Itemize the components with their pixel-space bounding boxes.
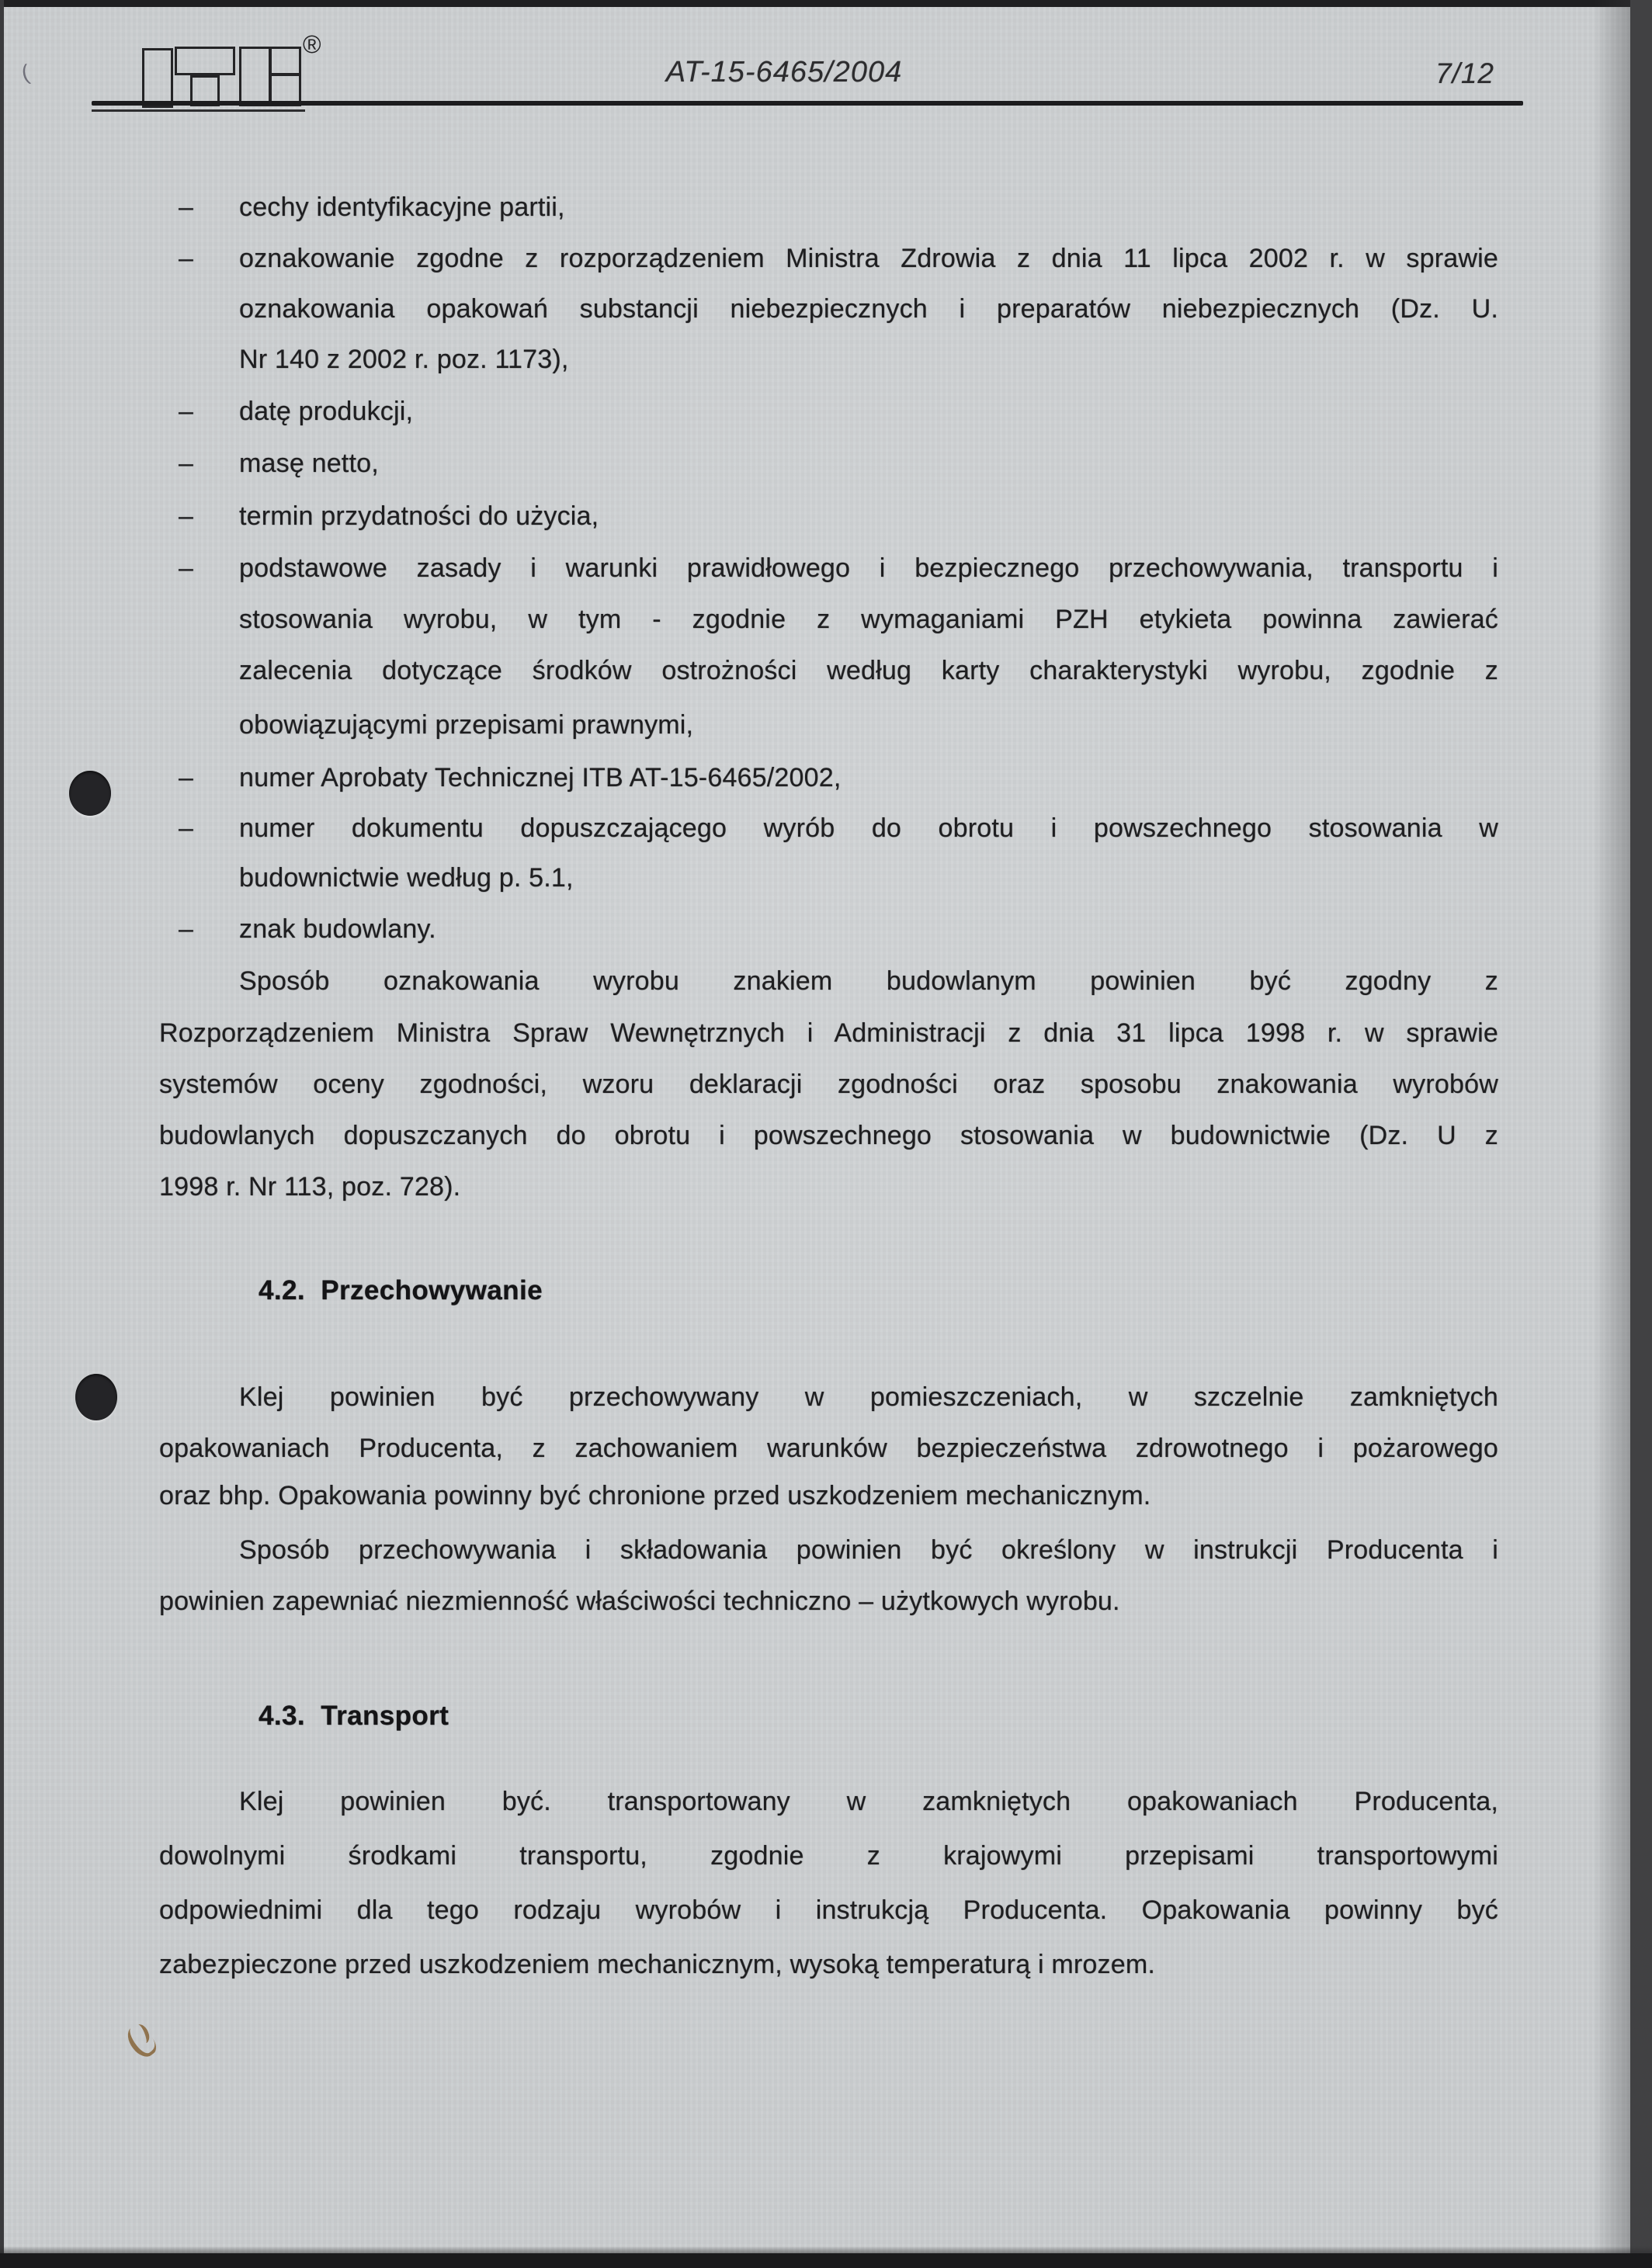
text-line: budownictwie według p. 5.1, (239, 860, 574, 896)
itb-logo: ® (140, 35, 342, 109)
text-line: Rozporządzeniem Ministra Spraw Wewnętrzn… (159, 1015, 1498, 1051)
text-line: oznakowania opakowań substancji niebezpi… (239, 291, 1498, 327)
text-line: Klej powinien być. transportowany w zamk… (239, 1784, 1498, 1819)
text-line: Sposób przechowywania i składowania powi… (239, 1532, 1498, 1568)
text-line: Nr 140 z 2002 r. poz. 1173), (239, 342, 569, 377)
text-line: podstawowe zasady i warunki prawidłowego… (239, 550, 1498, 586)
text-line: dowolnymi środkami transportu, zgodnie z… (159, 1838, 1498, 1874)
scan-edge-right (1630, 0, 1652, 2268)
text-line: masę netto, (239, 446, 379, 481)
text-line: 1998 r. Nr 113, poz. 728). (159, 1169, 460, 1205)
text-line: datę produkcji, (239, 394, 413, 429)
scan-edge-top (0, 0, 1652, 7)
list-dash: – (179, 446, 225, 481)
scan-edge-shadow (1593, 0, 1630, 2268)
logo-block-t-bar (175, 47, 235, 75)
text-line: zalecenia dotyczące środków ostrożności … (239, 653, 1498, 688)
logo-block-i (142, 48, 173, 108)
scan-edge-left (0, 0, 4, 2268)
text-line: odpowiednimi dla tego rodzaju wyrobów i … (159, 1892, 1498, 1928)
logo-block-b-left (239, 47, 271, 106)
text-line: termin przydatności do użycia, (239, 498, 599, 534)
text-line: Sposób oznakowania wyrobu znakiem budowl… (239, 963, 1498, 999)
section-heading: 4.2. Przechowywanie (259, 1273, 543, 1309)
hole-punch-bottom (75, 1374, 117, 1420)
list-dash: – (179, 189, 225, 225)
text-line: Klej powinien być przechowywany w pomies… (239, 1379, 1498, 1415)
text-line: zabezpieczone przed uszkodzeniem mechani… (159, 1947, 1155, 1982)
page-number: 7/12 (1435, 57, 1560, 90)
header-rule-secondary (92, 109, 305, 112)
registered-trademark-icon: ® (303, 30, 321, 59)
list-dash: – (179, 394, 225, 429)
logo-block-b-top (269, 47, 301, 75)
text-line: numer Aprobaty Technicznej ITB AT-15-646… (239, 760, 842, 796)
text-line: numer dokumentu dopuszczającego wyrób do… (239, 810, 1498, 846)
section-heading: 4.3. Transport (259, 1698, 449, 1734)
text-line: stosowania wyrobu, w tym - zgodnie z wym… (239, 602, 1498, 637)
list-dash: – (179, 550, 225, 586)
text-line: powinien zapewniać niezmienność właściwo… (159, 1583, 1120, 1619)
list-dash: – (179, 498, 225, 534)
scan-edge-bottom (0, 2253, 1652, 2268)
list-dash: – (179, 810, 225, 846)
header-rule (92, 101, 1523, 106)
scan-speck: ( (19, 60, 32, 85)
text-line: obowiązującymi przepisami prawnymi, (239, 707, 693, 743)
hole-punch-top (69, 771, 111, 816)
text-line: budowlanych dopuszczanych do obrotu i po… (159, 1118, 1498, 1153)
list-dash: – (179, 760, 225, 796)
list-dash: – (179, 241, 225, 276)
text-line: cechy identyfikacyjne partii, (239, 189, 565, 225)
text-line: oznakowanie zgodne z rozporządzeniem Min… (239, 241, 1498, 276)
scanned-document-page: ® AT-15-6465/2004 7/12 ( –cechy identyfi… (0, 0, 1652, 2268)
text-line: znak budowlany. (239, 911, 436, 947)
document-number: AT-15-6465/2004 (582, 56, 986, 89)
text-line: systemów oceny zgodności, wzoru deklarac… (159, 1066, 1498, 1102)
list-dash: – (179, 911, 225, 947)
text-line: opakowaniach Producenta, z zachowaniem w… (159, 1431, 1498, 1466)
scan-edge-shadow-bottom (0, 2246, 1652, 2253)
text-line: oraz bhp. Opakowania powinny być chronio… (159, 1478, 1150, 1514)
pen-mark (122, 2021, 160, 2062)
